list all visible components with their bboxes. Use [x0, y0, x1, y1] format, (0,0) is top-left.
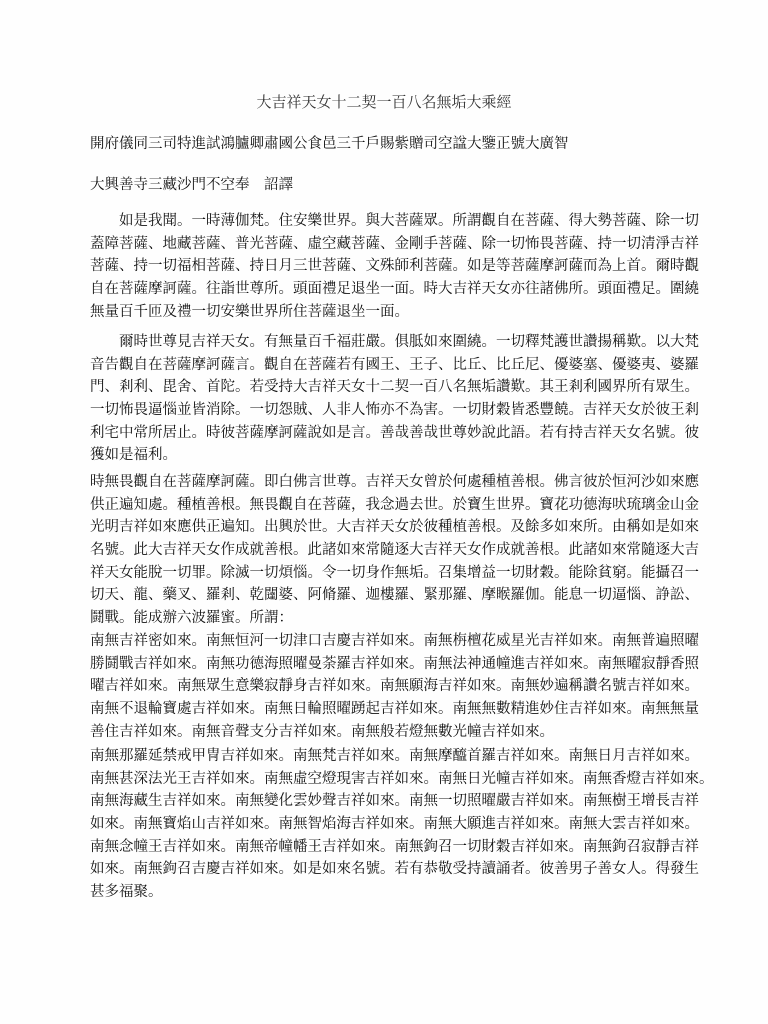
paragraph-line: 菩薩、持一切福相菩薩、持日月三世菩薩、文殊師利菩薩。如是等菩薩摩訶薩而為上首。爾… — [90, 255, 690, 278]
paragraph-line: 名號。此大吉祥天女作成就善根。此諸如來常隨逐大吉祥天女作成就善根。此諸如來常隨逐… — [90, 539, 690, 562]
paragraph-line: 南無不退輪寶處吉祥如來。南無日輪照曜踴起吉祥如來。南無無數精進妙住吉祥如來。南無… — [90, 698, 690, 721]
paragraph-5: 南無那羅延禁戒甲冑吉祥如來。南無梵吉祥如來。南無摩醯首羅吉祥如來。南無日月吉祥如… — [90, 745, 690, 904]
paragraph-line: 甚多福聚。 — [90, 881, 690, 904]
paragraph-line: 利宅中常所居止。時彼菩薩摩訶薩說如是言。善哉善哉世尊妙說此語。若有持吉祥天女名號… — [90, 422, 690, 445]
paragraph-line: 南無海藏生吉祥如來。南無變化雲妙聲吉祥如來。南無一切照曜嚴吉祥如來。南無樹王增長… — [90, 790, 690, 813]
document-page: 大吉祥天女十二契一百八名無垢大乘經 開府儀同三司特進試鴻臚卿肅國公食邑三千戶賜紫… — [0, 0, 768, 1024]
paragraph-line: 南無念幢王吉祥如來。南無帝幢幡王吉祥如來。南無鉤召一切財穀吉祥如來。南無鉤召寂靜… — [90, 836, 690, 859]
paragraph-line: 音告觀自在菩薩摩訶薩言。觀自在菩薩若有國王、王子、比丘、比丘尼、優婆塞、優婆夷、… — [90, 354, 690, 377]
paragraph-line: 善住吉祥如來。南無音聲支分吉祥如來。南無般若燈無數光幢吉祥如來。 — [90, 721, 690, 744]
paragraph-line: 門、剎利、毘舍、首陀。若受持大吉祥天女十二契一百八名無垢讚歎。其王剎利國界所有眾… — [90, 376, 690, 399]
paragraph-line: 蓋障菩薩、地藏菩薩、普光菩薩、虛空藏菩薩、金剛手菩薩、除一切怖畏菩薩、持一切清淨… — [90, 233, 690, 256]
sutra-title: 大吉祥天女十二契一百八名無垢大乘經 — [0, 92, 768, 112]
paragraph-4: 南無吉祥密如來。南無恒河一切津口吉慶吉祥如來。南無栴檀花威星光吉祥如來。南無普遍… — [90, 630, 690, 743]
paragraph-line: 獲如是福利。 — [90, 444, 690, 467]
paragraph-line: 勝鬪戰吉祥如來。南無功德海照曜曼荼羅吉祥如來。南無法神通幢進吉祥如來。南無曜寂靜… — [90, 653, 690, 676]
paragraph-line: 祥天女能脫一切罪。除滅一切煩惱。令一切身作無垢。召集增益一切財穀。能除貧窮。能攝… — [90, 562, 690, 585]
paragraph-line: 爾時世尊見吉祥天女。有無量百千福莊嚴。俱胝如來圍繞。一切釋梵護世讚揚稱歎。以大梵 — [90, 331, 690, 354]
paragraph-line: 如是我聞。一時薄伽梵。住安樂世界。與大菩薩眾。所謂觀自在菩薩、得大勢菩薩、除一切 — [90, 210, 690, 233]
paragraph-line: 無量百千匝及禮一切安樂世界所住菩薩退坐一面。 — [90, 301, 690, 324]
paragraph-1: 如是我聞。一時薄伽梵。住安樂世界。與大菩薩眾。所謂觀自在菩薩、得大勢菩薩、除一切… — [90, 210, 690, 323]
paragraph-line: 供正遍知處。種植善根。無畏觀自在菩薩，我念過去世。於寶生世界。寶花功德海吠琉璃金… — [90, 494, 690, 517]
paragraph-line: 鬪戰。能成辦六波羅蜜。所謂： — [90, 607, 690, 630]
paragraph-line: 光明吉祥如來應供正遍知。出興於世。大吉祥天女於彼種植善根。及餘多如來所。由稱如是… — [90, 516, 690, 539]
paragraph-line: 如來。南無寶焰山吉祥如來。南無智焰海吉祥如來。南無大願進吉祥如來。南無大雲吉祥如… — [90, 813, 690, 836]
paragraph-2: 爾時世尊見吉祥天女。有無量百千福莊嚴。俱胝如來圍繞。一切釋梵護世讚揚稱歎。以大梵… — [90, 331, 690, 467]
paragraph-line: 南無那羅延禁戒甲冑吉祥如來。南無梵吉祥如來。南無摩醯首羅吉祥如來。南無日月吉祥如… — [90, 745, 690, 768]
paragraph-line: 南無甚深法光王吉祥如來。南無虛空燈現害吉祥如來。南無日光幢吉祥如來。南無香燈吉祥… — [90, 768, 690, 791]
paragraph-line: 自在菩薩摩訶薩。往詣世尊所。頭面禮足退坐一面。時大吉祥天女亦往諸佛所。頭面禮足。… — [90, 278, 690, 301]
paragraph-line: 時無畏觀自在菩薩摩訶薩。即白佛言世尊。吉祥天女曾於何處種植善根。佛言彼於恒河沙如… — [90, 471, 690, 494]
translator-name: 大興善寺三藏沙門不空奉 詔譯 — [90, 175, 293, 195]
paragraph-line: 切天、龍、藥叉、羅剎、乾闥婆、阿脩羅、迦樓羅、緊那羅、摩睺羅伽。能息一切逼惱、諍… — [90, 584, 690, 607]
translator-title: 開府儀同三司特進試鴻臚卿肅國公食邑三千戶賜紫贈司空諡大鑒正號大廣智 — [90, 134, 569, 154]
paragraph-line: 南無吉祥密如來。南無恒河一切津口吉慶吉祥如來。南無栴檀花威星光吉祥如來。南無普遍… — [90, 630, 690, 653]
paragraph-line: 如來。南無鉤召吉慶吉祥如來。如是如來名號。若有恭敬受持讀誦者。彼善男子善女人。得… — [90, 858, 690, 881]
paragraph-line: 曜吉祥如來。南無眾生意樂寂靜身吉祥如來。南無願海吉祥如來。南無妙遍稱讚名號吉祥如… — [90, 675, 690, 698]
paragraph-line: 一切怖畏逼惱並皆消除。一切怨賊、人非人怖亦不為害。一切財穀皆悉豐饒。吉祥天女於彼… — [90, 399, 690, 422]
paragraph-3: 時無畏觀自在菩薩摩訶薩。即白佛言世尊。吉祥天女曾於何處種植善根。佛言彼於恒河沙如… — [90, 471, 690, 630]
